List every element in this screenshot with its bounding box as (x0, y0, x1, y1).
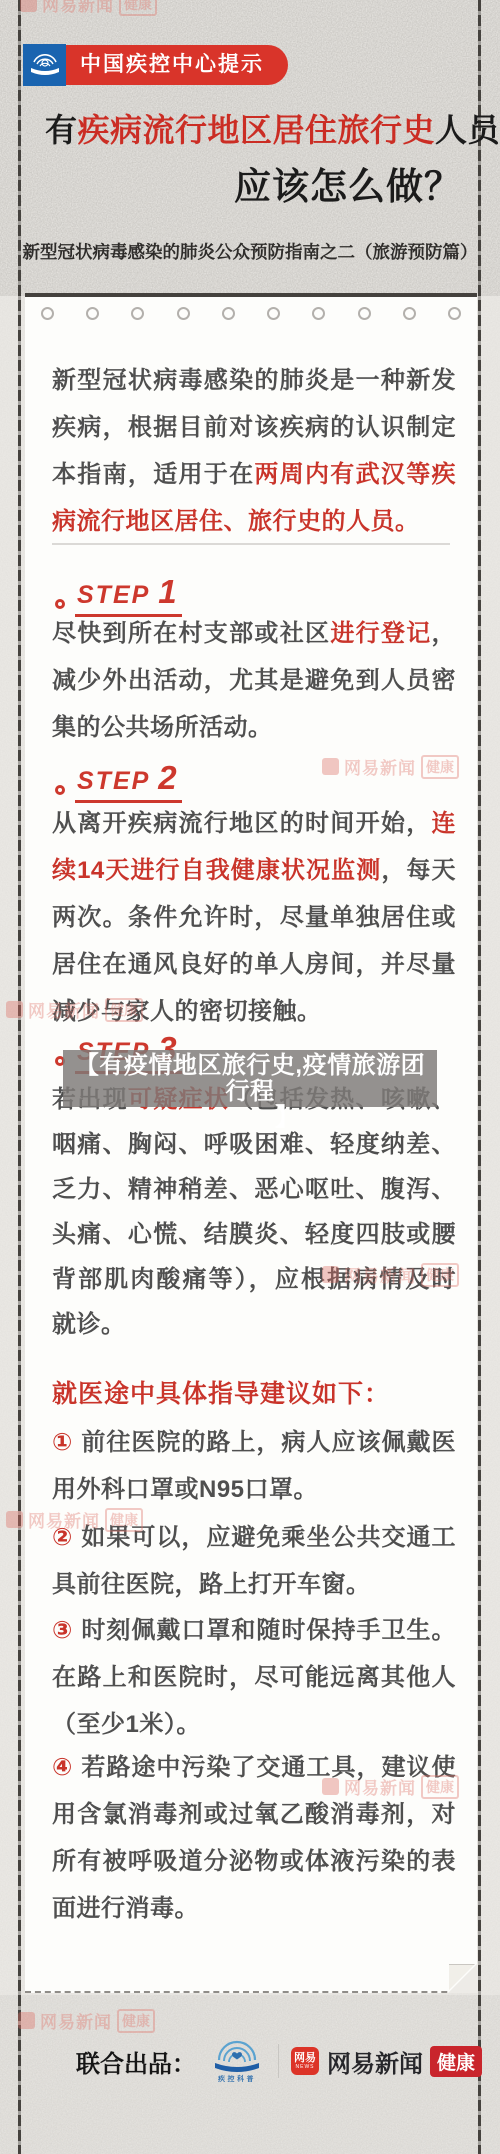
advice-heading: 就医途中具体指导建议如下： (52, 1374, 390, 1410)
caption-overlay: 【有疫情地区旅行史,疫情旅游团行程 】 (63, 1050, 437, 1107)
step-bullet-icon (55, 599, 65, 609)
netease-icon-subtext: NEWS (296, 2064, 315, 2070)
watermark-badge: 健康 (119, 0, 157, 16)
cdc-logo-caption: 疾控科普 (217, 2074, 256, 2082)
cdc-book-logo-icon (23, 44, 66, 86)
step-number: 2 (158, 759, 176, 797)
footer: 联合出品： 疾控科普 网易 NEWS 网易新闻 健康 (76, 2040, 482, 2082)
step-label: STEP (77, 581, 150, 610)
perforation-hole (448, 307, 461, 320)
item-text: 时刻佩戴口罩和随时保持手卫生。在路上和医院时，尽可能远离其他人（至少1米）。 (52, 1617, 456, 1738)
title-line2: 应该怎么做？ (45, 165, 462, 209)
footer-label: 联合出品： (76, 2044, 196, 2079)
step-2-heading: STEP2 (55, 759, 182, 803)
perforation-hole (312, 307, 325, 320)
item-text: 如果可以，应避免乘坐公共交通工具前往医院，路上打开车窗。 (52, 1524, 456, 1598)
advice-item-3: ③时刻佩戴口罩和随时保持手卫生。在路上和医院时，尽可能远离其他人（至少1米）。 (52, 1607, 456, 1748)
title-black-part: 有 (45, 112, 78, 148)
step-1-paragraph: 尽快到所在村支部或社区进行登记，减少外出活动，尤其是避免到人员密集的公共场所活动… (52, 610, 456, 751)
perforation-hole (403, 307, 416, 320)
watermark-text: 网易新闻 (40, 2008, 112, 2033)
perforation-hole (177, 307, 190, 320)
badge-label: 中国疾控中心提示 (66, 45, 288, 85)
content-card: 新型冠状病毒感染的肺炎是一种新发疾病，根据目前对该疾病的认识制定本指南，适用于在… (25, 293, 477, 1993)
section-divider (52, 543, 450, 545)
watermark-icon (20, 0, 37, 12)
caption-line2: 】 (63, 1105, 437, 1131)
title-line1: 有疾病流行地区居住旅行史人员 (45, 110, 462, 150)
item-number: ② (52, 1524, 73, 1551)
watermark-text: 网易新闻 (42, 0, 114, 16)
title-black-part2: 人员 (435, 112, 500, 148)
right-torn-edge (478, 0, 481, 2154)
netease-brand-text: 网易新闻 (327, 2044, 423, 2079)
title-red-part: 疾病流行地区居住旅行史 (78, 112, 436, 148)
caption-line1: 【有疫情地区旅行史,疫情旅游团行程 (63, 1053, 437, 1105)
watermark-badge: 健康 (117, 2009, 155, 2033)
perforation-hole (86, 307, 99, 320)
main-title: 有疾病流行地区居住旅行史人员 应该怎么做？ (45, 110, 462, 209)
subtitle: 新型冠状病毒感染的肺炎公众预防指南之二（旅游预防篇） (0, 239, 500, 264)
item-number: ③ (52, 1617, 73, 1644)
item-text: 前往医院的路上，病人应该佩戴医用外科口罩或N95口罩。 (52, 1429, 456, 1503)
intro-paragraph: 新型冠状病毒感染的肺炎是一种新发疾病，根据目前对该疾病的认识制定本指南，适用于在… (52, 357, 456, 545)
perforation-hole (41, 307, 54, 320)
step-label: STEP (77, 767, 150, 796)
health-badge: 健康 (430, 2046, 482, 2077)
item-number: ④ (52, 1754, 73, 1781)
step-bullet-icon (55, 785, 65, 795)
perforation-holes (41, 307, 461, 320)
perforation-hole (222, 307, 235, 320)
item-number: ① (52, 1429, 73, 1456)
cdc-tips-poster: 中国疾控中心提示 有疾病流行地区居住旅行史人员 应该怎么做？ 新型冠状病毒感染的… (0, 0, 500, 2154)
perforation-hole (267, 307, 280, 320)
watermark: 网易新闻健康 (18, 2008, 155, 2033)
netease-app-icon: 网易 NEWS (291, 2047, 319, 2075)
cdc-header-badge: 中国疾控中心提示 (23, 44, 288, 86)
left-torn-edge (18, 0, 21, 2154)
item-text: 若路途中污染了交通工具，建议使用含氯消毒剂或过氧乙酸消毒剂，对所有被呼吸道分泌物… (52, 1754, 456, 1922)
advice-item-2: ②如果可以，应避免乘坐公共交通工具前往医院，路上打开车窗。 (52, 1514, 456, 1608)
advice-item-4: ④若路途中污染了交通工具，建议使用含氯消毒剂或过氧乙酸消毒剂，对所有被呼吸道分泌… (52, 1744, 456, 1932)
perforation-hole (131, 307, 144, 320)
footer-divider (278, 2044, 279, 2078)
netease-icon-text: 网易 (294, 2052, 316, 2064)
advice-item-1: ①前往医院的路上，病人应该佩戴医用外科口罩或N95口罩。 (52, 1419, 456, 1513)
step-number: 1 (158, 573, 176, 611)
cdc-logo-icon: 疾控科普 (208, 2040, 266, 2082)
step-2-paragraph: 从离开疾病流行地区的时间开始，连续14天进行自我健康状况监测，每天两次。条件允许… (52, 800, 456, 1035)
perforation-hole (358, 307, 371, 320)
watermark: 网易新闻健康 (20, 0, 157, 16)
